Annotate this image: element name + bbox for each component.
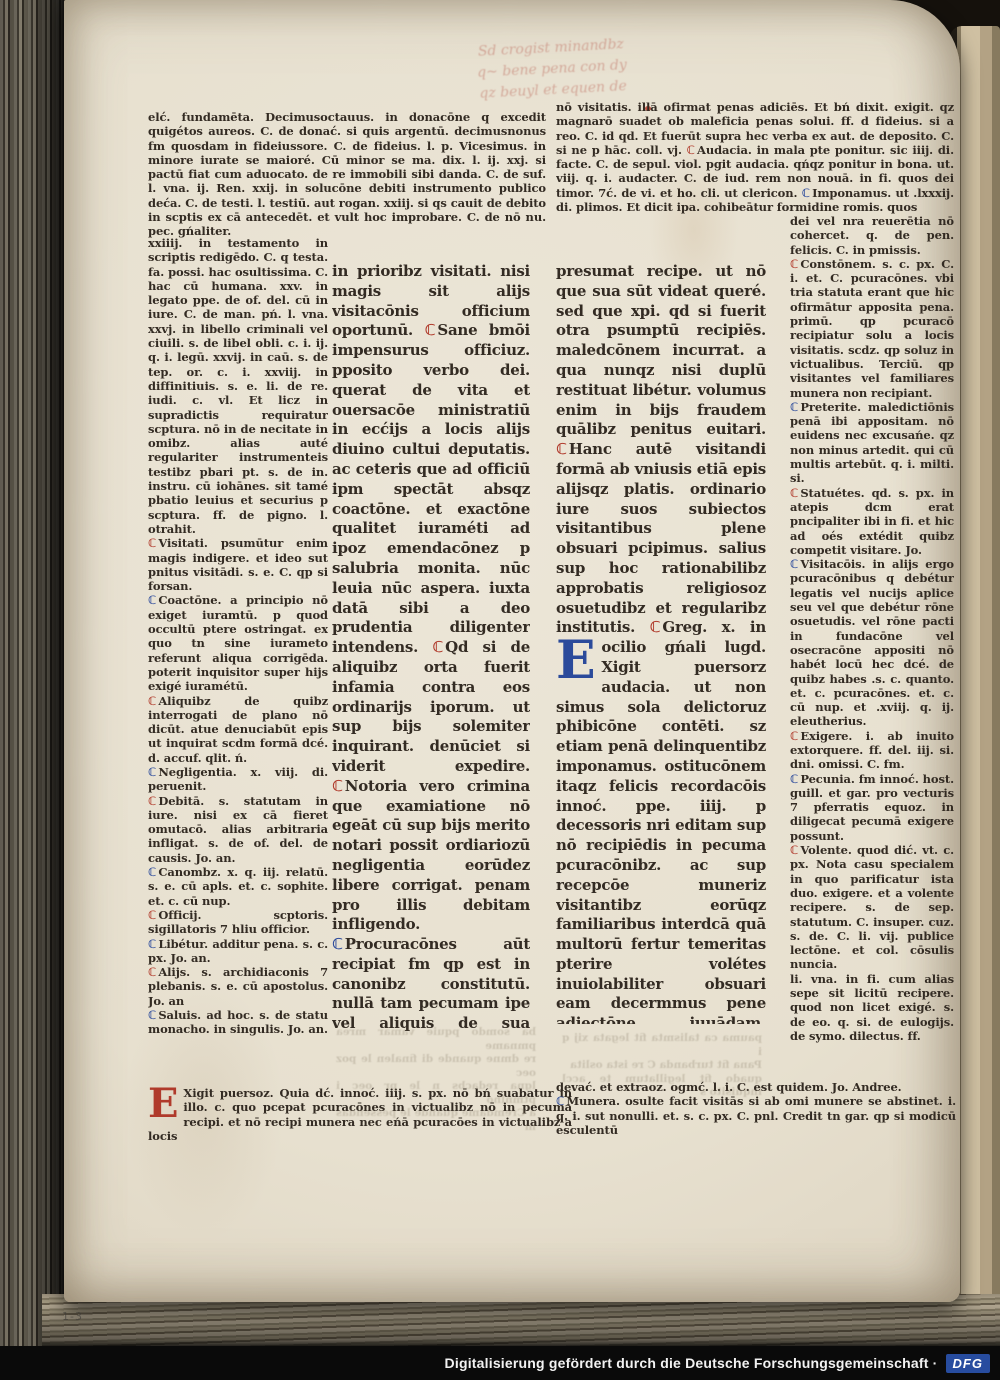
text-line: ba somdo pquie vamar mrea pmname — [336, 1026, 536, 1053]
text-entry: li. vna. in fi. cum alias sepe sit licit… — [790, 972, 954, 1043]
text-entry: ℂCoactōne. a principio nō exiget iuramtū… — [148, 593, 328, 693]
paragraph-mark-blue: ℂ — [148, 1008, 158, 1022]
paragraph-mark-red: ℂ — [790, 729, 800, 743]
text-column-right: presumat recipe. ut nō que sua sūt videa… — [556, 262, 766, 1024]
text-entry: ℂConstōnem. s. c. px. C. i. et. C. pcura… — [790, 257, 954, 400]
text-entry: ℂMunera. osulte facit visitās si ab omi … — [556, 1094, 956, 1137]
text-entry: ℂExigere. i. ab inuito extorquere. ff. d… — [790, 729, 954, 772]
text-entry: ℂSane bmōi impensurus officiuz. pposito … — [332, 321, 530, 656]
text-entry: ℂSaluis. ad hoc. s. de statu monacho. in… — [148, 1008, 328, 1037]
footer-credit-text: Digitalisierung gefördert durch die Deut… — [445, 1355, 938, 1371]
paragraph-mark-red: ℂ — [148, 694, 158, 708]
book-photo: Sd crogist minandbzq~ bene pena con dyqz… — [0, 0, 1000, 1380]
text-entry: ℂNegligentia. x. viij. di. peruenit. — [148, 765, 328, 794]
gloss-column-left: xxiiij. in testamento in scriptis redigē… — [148, 236, 328, 1092]
paragraph-mark-blue: ℂ — [802, 186, 812, 200]
paragraph-mark-red: ℂ — [148, 536, 158, 550]
paragraph-mark-blue: ℂ — [332, 935, 345, 953]
paragraph-mark-red: ℂ — [650, 618, 663, 636]
showthrough-text: pauma ca talismta fit legata xij q iPana… — [562, 1032, 762, 1078]
paragraph-mark-red: ℂ — [432, 638, 445, 656]
text-entry: xxiiij. in testamento in scriptis redigē… — [148, 236, 328, 536]
paragraph-mark-red: ℂ — [148, 794, 158, 808]
paragraph-mark-blue: ℂ — [148, 765, 158, 779]
dfg-logo: DFG — [946, 1354, 990, 1373]
paragraph-mark-red: ℂ — [148, 965, 158, 979]
text-line: a Cremdame quande le pessendas m — [336, 1107, 536, 1134]
text-line: pauma ca talismta fit legata xij q i — [562, 1032, 762, 1059]
pencil-mark: 1-3 — [62, 1310, 83, 1323]
text-entry: ℂAliquibz de quibz interrogati de plano … — [148, 694, 328, 765]
text-entry: ℂQd si de aliquibz orta fuerit infamia c… — [332, 638, 530, 775]
paragraph-mark-red: ℂ — [687, 143, 697, 157]
text-entry: ℂDebitā. s. statutam in iure. nisi ex cā… — [148, 794, 328, 865]
paragraph-mark-red: ℂ — [148, 908, 158, 922]
paragraph-mark-blue: ℂ — [790, 772, 800, 786]
text-entry: ℂAlijs. s. archidiaconis 7 plebanis. s. … — [148, 965, 328, 1008]
gloss-bottom-right-entries: ℂMunera. osulte facit visitās si ab omi … — [556, 1094, 956, 1137]
text-entry: ℂPecunia. fm innoć. host. guill. et gar.… — [790, 772, 954, 843]
text-line: lgna redacbs n le pr oec i ptmnlho — [336, 1080, 536, 1107]
text-entry: ℂNotoria vero crimina que examiatione nō… — [332, 777, 530, 934]
manuscript-page: Sd crogist minandbzq~ bene pena con dyqz… — [64, 0, 960, 1302]
text-line: Pana fit turbanda C re ista oslita — [562, 1059, 762, 1073]
text-entry: ℂLibétur. additur pena. s. c. px. Jo. an… — [148, 937, 328, 966]
text-entry: ℂVisitacōis. in alijs ergo pcuracōnibus … — [790, 557, 954, 729]
paragraph-mark-blue: ℂ — [148, 593, 158, 607]
header-annotation: Sd crogist minandbzq~ bene pena con dyqz… — [421, 31, 684, 108]
text-entry: dei vel nra reuerētia nō cohercet. q. de… — [790, 214, 954, 257]
paragraph-mark-blue: ℂ — [790, 400, 800, 414]
drop-cap-blue: E — [556, 641, 595, 681]
paragraph-mark-red: ℂ — [332, 777, 345, 795]
paragraph-mark-red: ℂ — [790, 843, 800, 857]
showthrough-text: ba somdo pquie vamar mrea pmnamere dmne … — [336, 1026, 536, 1084]
text-line: quado fit legillatum te accl inquisito s — [562, 1073, 762, 1100]
text-column-right-part-b: Xigit puersorz audacia. ut non simus sol… — [556, 658, 766, 1024]
text-entry: ℂStatuétes. qd. s. px. in atepis dcm era… — [790, 486, 954, 557]
text-entry: ℂVolente. quod dić. vt. c. px. Nota casu… — [790, 843, 954, 972]
text-entry: ℂCanombz. x. q. iij. relatū. s. e. cū ap… — [148, 865, 328, 908]
paragraph-mark-red: ℂ — [790, 257, 800, 271]
text-column-left: in prioribz visitati. nisi magis sit ali… — [332, 262, 530, 1034]
paragraph-mark-red: ℂ — [425, 321, 438, 339]
gloss-top-left: elć. fundamēta. Decimusoctauus. in donac… — [148, 110, 546, 238]
paragraph-mark-red: ℂ — [556, 440, 569, 458]
paragraph-mark-blue: ℂ — [790, 557, 800, 571]
text-entry: ℂOfficij. scptoris. sigillatoris 7 hliu … — [148, 908, 328, 937]
text-entry: ℂVisitati. psumūtur enim magis indigere.… — [148, 536, 328, 593]
text-entry: ℂProcuracōnes aūt recipiat fm qp est in … — [332, 935, 530, 1034]
drop-cap-red: E — [148, 1088, 178, 1120]
text-column-right-part-a: presumat recipe. ut nō que sua sūt videa… — [556, 262, 766, 656]
gloss-column-right: dei vel nra reuerētia nō cohercet. q. de… — [790, 214, 954, 1110]
text-entry: presumat recipe. ut nō que sua sūt videa… — [556, 262, 766, 438]
paragraph-mark-red: ℂ — [790, 486, 800, 500]
paragraph-mark-blue: ℂ — [148, 865, 158, 879]
paragraph-mark-blue: ℂ — [148, 937, 158, 951]
footer-bar: Digitalisierung gefördert durch die Deut… — [0, 1346, 1000, 1380]
left-binding-edge — [0, 0, 64, 1346]
text-entry: ℂHanc autē visitandi formā ab vniusis et… — [556, 440, 766, 636]
text-line: re dmne quande di finalen le poz oec — [336, 1053, 536, 1080]
text-entry: ℂPreterite. maledictiōnis penā ibi appos… — [790, 400, 954, 486]
